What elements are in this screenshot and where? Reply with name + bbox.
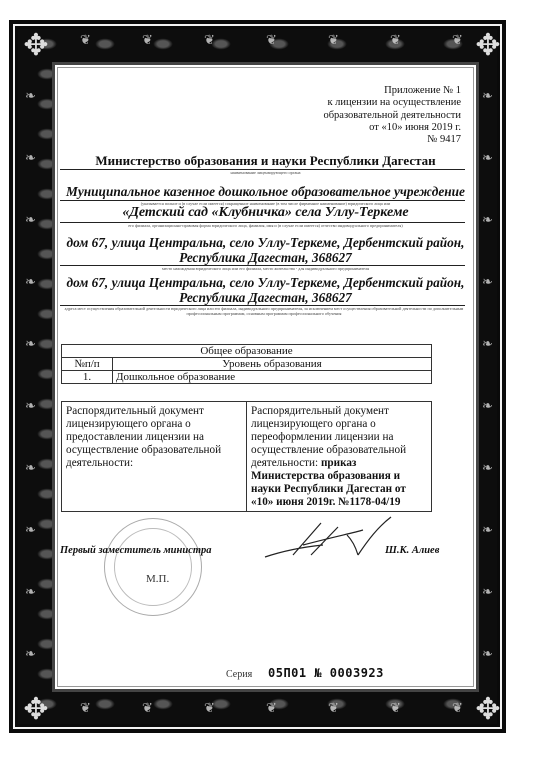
annex-line: № 9417 — [323, 134, 461, 146]
scroll-ornament-icon: ❧ — [25, 462, 36, 475]
annex-line: от «10» июня 2019 г. — [323, 122, 461, 134]
series-label: Серия — [226, 669, 252, 680]
column-header-number: №п/п — [62, 358, 113, 371]
scroll-ornament-icon: ❧ — [482, 214, 493, 227]
ministry-caption: наименование лицензирующего органа — [58, 170, 473, 175]
column-header-level: Уровень образования — [113, 358, 432, 371]
scroll-ornament-icon: ❦ — [204, 34, 215, 47]
order-issuance-cell: Распорядительный документ лицензирующего… — [62, 402, 247, 512]
scroll-ornament-icon: ❧ — [25, 276, 36, 289]
scroll-ornament-icon: ❧ — [482, 90, 493, 103]
scroll-ornament-icon: ❦ — [390, 702, 401, 715]
scroll-ornament-icon: ❧ — [25, 400, 36, 413]
scroll-ornament-icon: ❧ — [482, 338, 493, 351]
order-issuance-text: Распорядительный документ лицензирующего… — [66, 405, 221, 469]
table-header-row: №п/п Уровень образования — [62, 358, 432, 371]
table-row: Распорядительный документ лицензирующего… — [62, 402, 432, 512]
stamp-label: М.П. — [146, 573, 169, 585]
scroll-ornament-icon: ❧ — [482, 462, 493, 475]
scroll-ornament-icon: ❧ — [25, 214, 36, 227]
scroll-ornament-icon: ❧ — [482, 524, 493, 537]
legal-address-caption: место нахождения юридического лица или е… — [58, 266, 473, 271]
scroll-ornament-icon: ❦ — [142, 34, 153, 47]
signatory-name: Ш.К. Алиев — [385, 545, 439, 556]
corner-ornament-icon: ✥ — [16, 690, 56, 730]
scroll-ornament-icon: ❦ — [80, 34, 91, 47]
legal-address-line-1: дом 67, улица Центральна, село Уллу-Терк… — [58, 235, 473, 250]
scroll-ornament-icon: ❦ — [266, 702, 277, 715]
scroll-ornament-icon: ❦ — [142, 702, 153, 715]
signatory-title: Первый заместитель министра — [60, 545, 212, 556]
scroll-ornament-icon: ❧ — [482, 648, 493, 661]
legal-address-line-2: Республика Дагестан, 368627 — [58, 250, 473, 265]
scroll-ornament-icon: ❧ — [482, 400, 493, 413]
scroll-ornament-icon: ❧ — [482, 152, 493, 165]
scroll-ornament-icon: ❧ — [25, 152, 36, 165]
scroll-ornament-icon: ❧ — [25, 648, 36, 661]
table-row: 1. Дошкольное образование — [62, 371, 432, 384]
education-levels-table: Общее образование №п/п Уровень образован… — [61, 344, 432, 384]
scroll-ornament-icon: ❦ — [452, 702, 463, 715]
scroll-ornament-icon: ❧ — [25, 524, 36, 537]
activity-address-line-2: Республика Дагестан, 368627 — [58, 290, 473, 305]
activity-address-caption: адреса мест осуществления образовательно… — [64, 306, 464, 316]
annex-line: к лицензии на осуществление — [323, 97, 461, 109]
scroll-ornament-icon: ❦ — [266, 34, 277, 47]
scroll-ornament-icon: ❧ — [25, 586, 36, 599]
activity-address-line-1: дом 67, улица Центральна, село Уллу-Терк… — [58, 275, 473, 290]
scroll-ornament-icon: ❦ — [390, 34, 401, 47]
row-number: 1. — [62, 371, 113, 384]
organization-caption-2: его филиала, организационно-правовая фор… — [58, 223, 473, 228]
table-title-row: Общее образование — [62, 345, 432, 358]
scroll-ornament-icon: ❦ — [204, 702, 215, 715]
corner-ornament-icon: ✥ — [16, 26, 56, 66]
organization-line-2: «Детский сад «Клубничка» села Уллу-Терке… — [58, 205, 473, 221]
scroll-ornament-icon: ❦ — [80, 702, 91, 715]
corner-ornament-icon: ✥ — [468, 690, 508, 730]
series-number: 05П01 № 0003923 — [268, 666, 384, 680]
order-reissue-cell: Распорядительный документ лицензирующего… — [247, 402, 432, 512]
ministry-name: Министерство образования и науки Республ… — [58, 153, 473, 169]
annex-header: Приложение № 1 к лицензии на осуществлен… — [323, 85, 461, 146]
orders-table: Распорядительный документ лицензирующего… — [61, 401, 432, 512]
handwritten-signature — [263, 515, 393, 565]
table-title: Общее образование — [62, 345, 432, 358]
corner-ornament-icon: ✥ — [468, 26, 508, 66]
scroll-ornament-icon: ❦ — [328, 702, 339, 715]
annex-line: образовательной деятельности — [323, 110, 461, 122]
scroll-ornament-icon: ❧ — [482, 586, 493, 599]
scroll-ornament-icon: ❦ — [328, 34, 339, 47]
row-level: Дошкольное образование — [113, 371, 432, 384]
scroll-ornament-icon: ❧ — [25, 338, 36, 351]
organization-line-1: Муниципальное казенное дошкольное образо… — [58, 184, 473, 200]
official-seal — [104, 518, 202, 616]
scroll-ornament-icon: ❧ — [482, 276, 493, 289]
annex-line: Приложение № 1 — [323, 85, 461, 97]
license-appendix-page: Приложение № 1 к лицензии на осуществлен… — [58, 68, 473, 686]
scroll-ornament-icon: ❧ — [25, 90, 36, 103]
scroll-ornament-icon: ❦ — [452, 34, 463, 47]
